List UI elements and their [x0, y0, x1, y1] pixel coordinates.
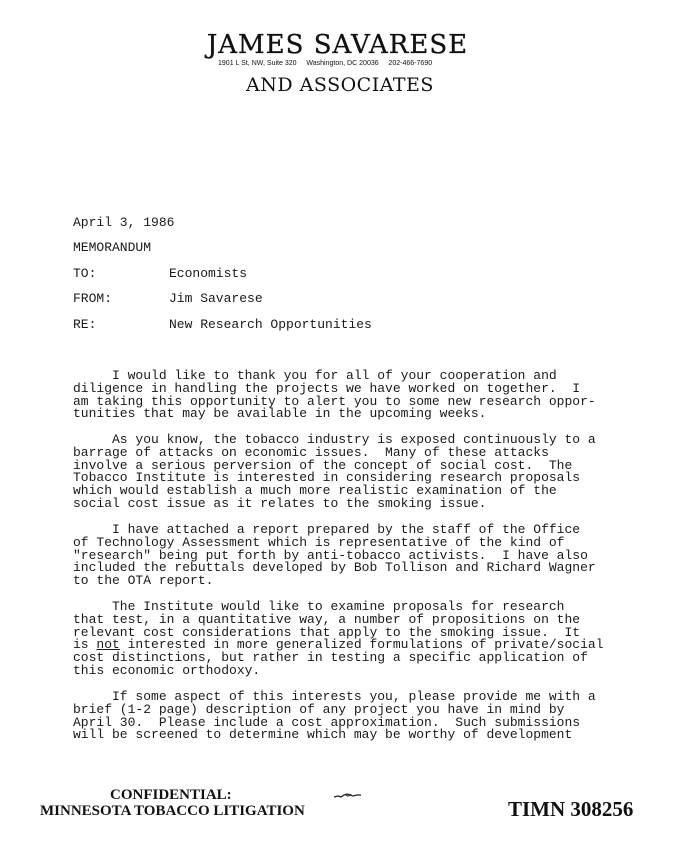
memo-date: April 3, 1986: [73, 217, 174, 230]
to-label: TO:: [73, 268, 96, 281]
pen-scribble-icon: [333, 792, 363, 800]
re-label: RE:: [73, 319, 96, 332]
re-value: New Research Opportunities: [169, 319, 372, 332]
memo-type: MEMORANDUM: [73, 242, 151, 255]
paragraph-1: I would like to thank you for all of you…: [73, 370, 633, 421]
emphasis-not: not: [96, 637, 119, 652]
to-value: Economists: [169, 268, 247, 281]
paragraph-3: I have attached a report prepared by the…: [73, 524, 633, 588]
from-label: FROM:: [73, 293, 112, 306]
from-value: Jim Savarese: [169, 293, 263, 306]
paragraph-4: The Institute would like to examine prop…: [73, 601, 633, 678]
letterhead-name: JAMES SAVARESE: [0, 30, 675, 60]
letterhead-subtitle: AND ASSOCIATES: [0, 74, 675, 96]
letterhead-address: 1901 L St, NW, Suite 320 Washington, DC …: [218, 58, 432, 67]
bates-number: TIMN 308256: [508, 797, 633, 822]
paragraph-2: As you know, the tobacco industry is exp…: [73, 434, 633, 511]
litigation-label: MINNESOTA TOBACCO LITIGATION: [40, 803, 305, 820]
confidential-label: CONFIDENTIAL:: [110, 787, 232, 804]
paragraph-5: If some aspect of this interests you, pl…: [73, 691, 633, 742]
